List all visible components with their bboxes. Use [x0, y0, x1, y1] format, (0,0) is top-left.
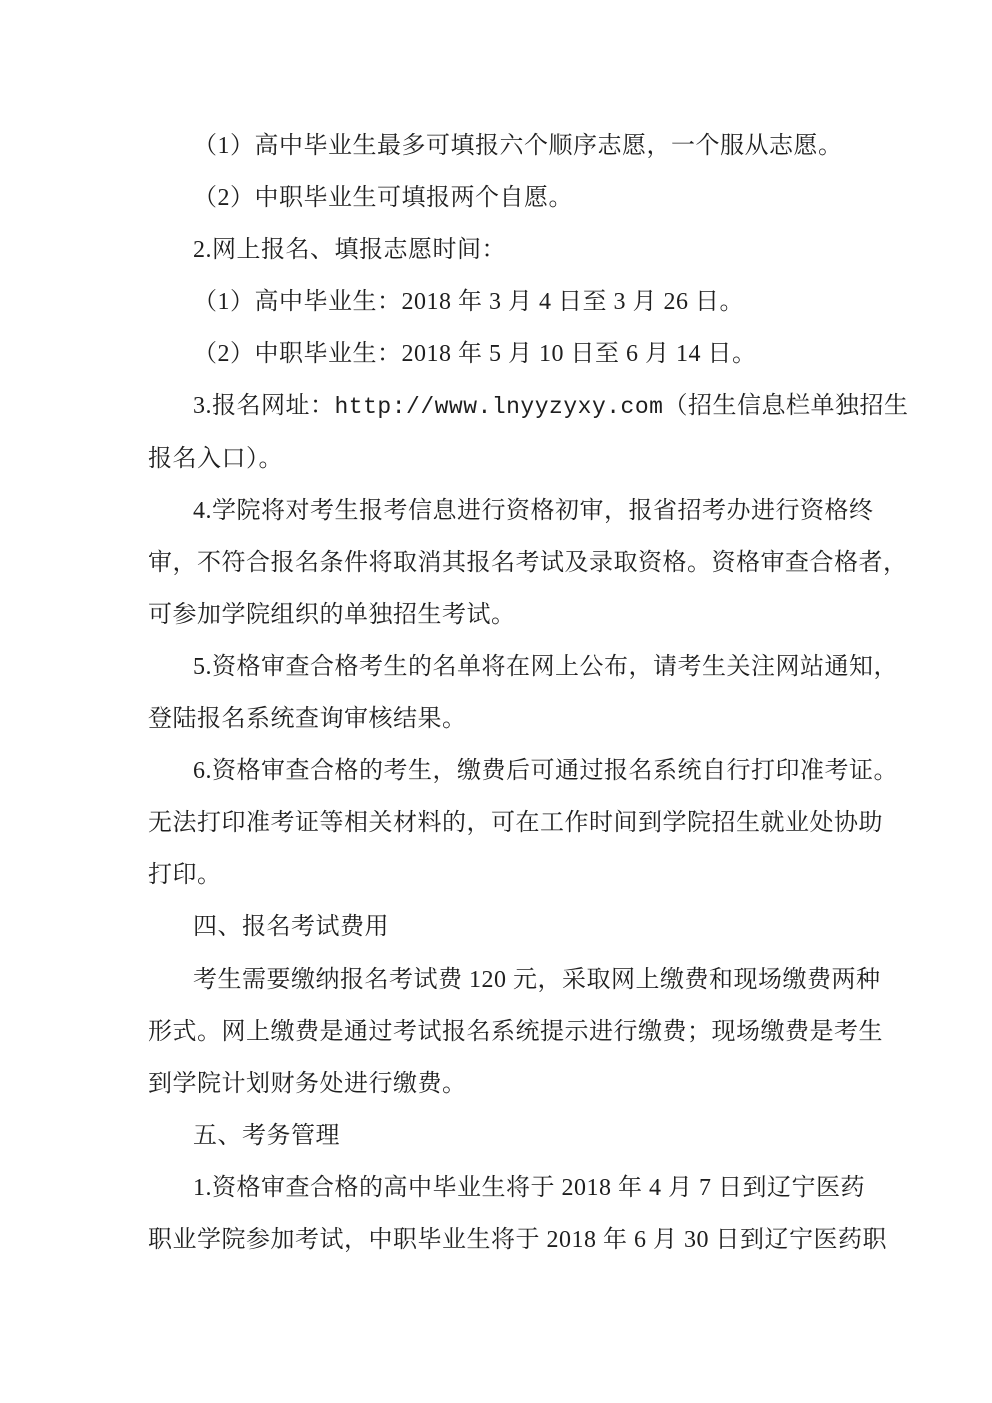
text-line: 审，不符合报名条件将取消其报名考试及录取资格。资格审查合格者， — [148, 537, 854, 589]
text-line: 打印。 — [148, 849, 854, 901]
text-segment: 1.资格审查合格的高中毕业生将于 2018 年 4 月 7 日到辽宁医药 — [193, 1175, 865, 1201]
text-segment: 6.资格审查合格的考生，缴费后可通过报名系统自行打印准考证。 — [193, 758, 898, 784]
text-segment: 3.报名网址： — [193, 393, 335, 419]
text-line: 形式。网上缴费是通过考试报名系统提示进行缴费；现场缴费是考生 — [148, 1006, 854, 1058]
text-segment: 审，不符合报名条件将取消其报名考试及录取资格。资格审查合格者， — [148, 550, 908, 576]
text-line: 1.资格审查合格的高中毕业生将于 2018 年 4 月 7 日到辽宁医药 — [148, 1162, 854, 1214]
text-segment: 五、考务管理 — [193, 1123, 340, 1149]
text-line: 登陆报名系统查询审核结果。 — [148, 693, 854, 745]
text-segment: （1）高中毕业生：2018 年 3 月 4 日至 3 月 26 日。 — [193, 289, 744, 315]
text-segment: （1）高中毕业生最多可填报六个顺序志愿，一个服从志愿。 — [193, 133, 843, 159]
text-segment: （2）中职毕业生：2018 年 5 月 10 日至 6 月 14 日。 — [193, 341, 757, 367]
text-line: 五、考务管理 — [148, 1110, 854, 1162]
text-segment: 5.资格审查合格考生的名单将在网上公布，请考生关注网站通知， — [193, 654, 898, 680]
text-line: 5.资格审查合格考生的名单将在网上公布，请考生关注网站通知， — [148, 641, 854, 693]
text-segment: 四、报名考试费用 — [193, 914, 389, 940]
url-text: http://www.lnyyzyxy.com — [335, 394, 664, 420]
text-line: 考生需要缴纳报名考试费 120 元，采取网上缴费和现场缴费两种 — [148, 954, 854, 1006]
text-segment: 形式。网上缴费是通过考试报名系统提示进行缴费；现场缴费是考生 — [148, 1019, 883, 1045]
text-line: 四、报名考试费用 — [148, 901, 854, 953]
text-line: 2.网上报名、填报志愿时间： — [148, 224, 854, 276]
text-line: （2）中职毕业生可填报两个自愿。 — [148, 172, 854, 224]
text-line: 可参加学院组织的单独招生考试。 — [148, 589, 854, 641]
text-line: （1）高中毕业生最多可填报六个顺序志愿，一个服从志愿。 — [148, 120, 854, 172]
text-line: 到学院计划财务处进行缴费。 — [148, 1058, 854, 1110]
text-segment: 报名入口）。 — [148, 446, 283, 472]
document-content: （1）高中毕业生最多可填报六个顺序志愿，一个服从志愿。（2）中职毕业生可填报两个… — [148, 120, 854, 1266]
text-line: （2）中职毕业生：2018 年 5 月 10 日至 6 月 14 日。 — [148, 328, 854, 380]
text-line: 4.学院将对考生报考信息进行资格初审，报省招考办进行资格终 — [148, 485, 854, 537]
text-line: 3.报名网址：http://www.lnyyzyxy.com（招生信息栏单独招生 — [148, 380, 854, 432]
text-line: 职业学院参加考试，中职毕业生将于 2018 年 6 月 30 日到辽宁医药职 — [148, 1214, 854, 1266]
text-segment: 打印。 — [148, 862, 222, 888]
text-line: （1）高中毕业生：2018 年 3 月 4 日至 3 月 26 日。 — [148, 276, 854, 328]
text-line: 报名入口）。 — [148, 433, 854, 485]
text-segment: 登陆报名系统查询审核结果。 — [148, 706, 467, 732]
text-segment: （2）中职毕业生可填报两个自愿。 — [193, 185, 573, 211]
text-segment: 考生需要缴纳报名考试费 120 元，采取网上缴费和现场缴费两种 — [193, 967, 881, 993]
text-segment: 可参加学院组织的单独招生考试。 — [148, 602, 516, 628]
document-page: （1）高中毕业生最多可填报六个顺序志愿，一个服从志愿。（2）中职毕业生可填报两个… — [0, 0, 992, 1403]
text-line: 6.资格审查合格的考生，缴费后可通过报名系统自行打印准考证。 — [148, 745, 854, 797]
text-segment: 无法打印准考证等相关材料的，可在工作时间到学院招生就业处协助 — [148, 810, 883, 836]
text-line: 无法打印准考证等相关材料的，可在工作时间到学院招生就业处协助 — [148, 797, 854, 849]
text-segment: （招生信息栏单独招生 — [663, 393, 908, 419]
text-segment: 2.网上报名、填报志愿时间： — [193, 237, 506, 263]
text-segment: 到学院计划财务处进行缴费。 — [148, 1071, 467, 1097]
text-segment: 职业学院参加考试，中职毕业生将于 2018 年 6 月 30 日到辽宁医药职 — [148, 1227, 887, 1253]
text-segment: 4.学院将对考生报考信息进行资格初审，报省招考办进行资格终 — [193, 498, 874, 524]
